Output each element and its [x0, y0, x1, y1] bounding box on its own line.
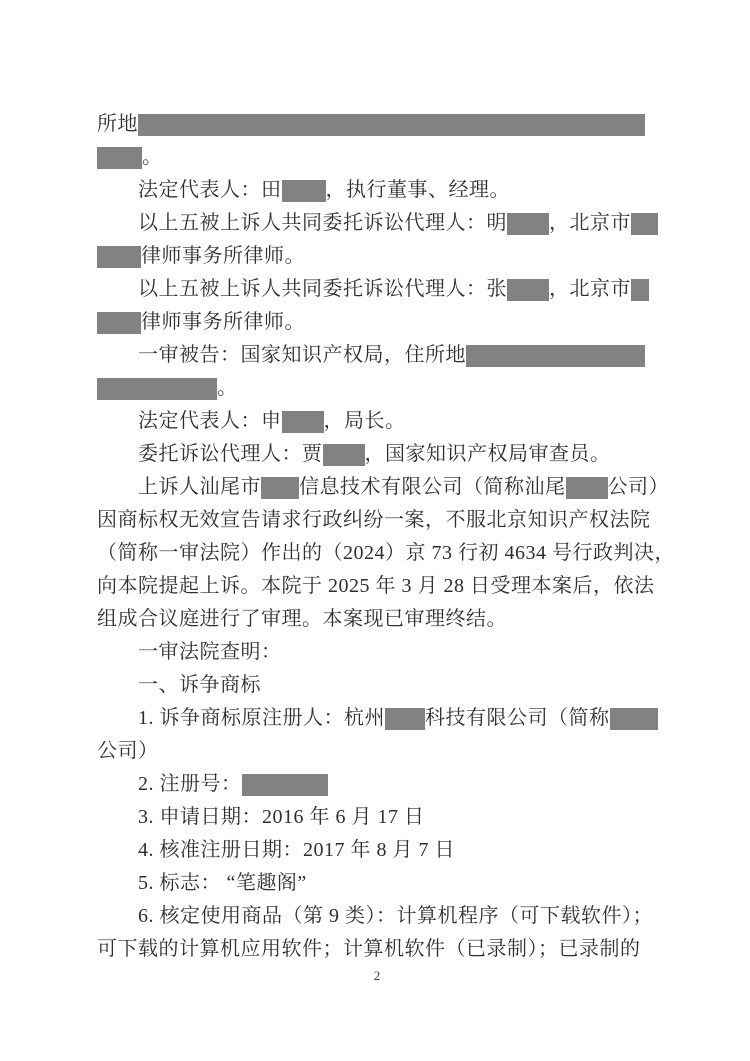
line-text: 一、诉争商标	[138, 669, 261, 702]
line-text: ，北京市	[549, 273, 631, 306]
line-text: 6. 核定使用商品（第 9 类）：计算机程序（可下载软件）；	[138, 900, 653, 933]
redaction-box	[261, 477, 299, 499]
line-text: ，北京市	[549, 207, 631, 240]
text-line: 以上五被上诉人共同委托诉讼代理人：明，北京市	[97, 207, 657, 240]
line-text: 组成合议庭进行了审理。本案现已审理终结。	[97, 603, 507, 636]
text-line: 3. 申请日期：2016 年 6 月 17 日	[97, 801, 657, 834]
line-text: 一审法院查明：	[138, 636, 282, 669]
line-text: 以上五被上诉人共同委托诉讼代理人：明	[138, 207, 507, 240]
page-number: 2	[97, 968, 657, 984]
line-text: 。	[142, 141, 163, 174]
redaction-box	[138, 114, 645, 136]
line-text: 3. 申请日期：2016 年 6 月 17 日	[138, 801, 425, 834]
redaction-box	[610, 708, 658, 730]
line-text: 4. 核准注册日期：2017 年 8 月 7 日	[138, 834, 455, 867]
line-text: 信息技术有限公司（简称汕尾	[299, 471, 566, 504]
redaction-box	[385, 708, 425, 730]
text-line: 律师事务所律师。	[97, 240, 657, 273]
redaction-box	[466, 345, 645, 367]
text-line: 法定代表人：田，执行董事、经理。	[97, 174, 657, 207]
line-text: 公司）	[97, 735, 159, 768]
line-text: 法定代表人：田	[138, 174, 282, 207]
line-text: 2. 注册号：	[138, 768, 242, 801]
redaction-box	[242, 774, 328, 796]
line-text: ，国家知识产权局审查员。	[365, 438, 611, 471]
document-page: 所地。法定代表人：田，执行董事、经理。以上五被上诉人共同委托诉讼代理人：明，北京…	[0, 0, 750, 1061]
redaction-box	[97, 312, 141, 334]
line-text: 公司）	[608, 471, 670, 504]
line-text: （简称一审法院）作出的（2024）京 73 行初 4634 号行政判决，	[97, 537, 675, 570]
line-text: ，执行董事、经理。	[326, 174, 511, 207]
text-line: 因商标权无效宣告请求行政纠纷一案，不服北京知识产权法院	[97, 504, 657, 537]
redaction-box	[631, 279, 649, 301]
text-line: 委托诉讼代理人：贾，国家知识产权局审查员。	[97, 438, 657, 471]
text-line: 1. 诉争商标原注册人：杭州科技有限公司（简称	[97, 702, 657, 735]
text-line: 2. 注册号：	[97, 768, 657, 801]
line-text: 所地	[97, 108, 138, 141]
line-text: ，局长。	[324, 405, 406, 438]
redaction-box	[566, 477, 608, 499]
line-text: 律师事务所律师。	[141, 240, 305, 273]
text-line: （简称一审法院）作出的（2024）京 73 行初 4634 号行政判决，	[97, 537, 657, 570]
line-text: 可下载的计算机应用软件；计算机软件（已录制）；已录制的	[97, 933, 641, 966]
line-text: 科技有限公司（简称	[425, 702, 610, 735]
redaction-box	[97, 378, 217, 400]
text-line: 一、诉争商标	[97, 669, 657, 702]
line-text: 以上五被上诉人共同委托诉讼代理人：张	[138, 273, 507, 306]
redaction-box	[507, 213, 549, 235]
line-text: 上诉人汕尾市	[138, 471, 261, 504]
redaction-box	[97, 246, 141, 268]
text-line: 可下载的计算机应用软件；计算机软件（已录制）；已录制的	[97, 933, 657, 966]
redaction-box	[282, 180, 326, 202]
text-line: 。	[97, 141, 657, 174]
text-line: 公司）	[97, 735, 657, 768]
line-text: 委托诉讼代理人：贾	[138, 438, 323, 471]
line-text: 法定代表人：申	[138, 405, 282, 438]
redaction-box	[507, 279, 549, 301]
line-text: 。	[217, 372, 238, 405]
text-line: 上诉人汕尾市信息技术有限公司（简称汕尾公司）	[97, 471, 657, 504]
redaction-box	[323, 444, 365, 466]
text-line: 向本院提起上诉。本院于 2025 年 3 月 28 日受理本案后，依法	[97, 570, 657, 603]
text-line: 5. 标志： “笔趣阁”	[97, 867, 657, 900]
line-text: 1. 诉争商标原注册人：杭州	[138, 702, 385, 735]
text-line: 以上五被上诉人共同委托诉讼代理人：张，北京市	[97, 273, 657, 306]
line-text: 因商标权无效宣告请求行政纠纷一案，不服北京知识产权法院	[97, 504, 651, 537]
text-line: 法定代表人：申，局长。	[97, 405, 657, 438]
text-line: 4. 核准注册日期：2017 年 8 月 7 日	[97, 834, 657, 867]
text-line: 律师事务所律师。	[97, 306, 657, 339]
redaction-box	[631, 213, 658, 235]
text-line: 6. 核定使用商品（第 9 类）：计算机程序（可下载软件）；	[97, 900, 657, 933]
text-line: 一审法院查明：	[97, 636, 657, 669]
text-line: 组成合议庭进行了审理。本案现已审理终结。	[97, 603, 657, 636]
line-text: 5. 标志： “笔趣阁”	[138, 867, 307, 900]
line-text: 一审被告：国家知识产权局，住所地	[138, 339, 466, 372]
text-line: 所地	[97, 108, 657, 141]
text-line: 。	[97, 372, 657, 405]
document-body: 所地。法定代表人：田，执行董事、经理。以上五被上诉人共同委托诉讼代理人：明，北京…	[97, 108, 657, 966]
redaction-box	[97, 147, 142, 169]
redaction-box	[282, 411, 324, 433]
text-line: 一审被告：国家知识产权局，住所地	[97, 339, 657, 372]
line-text: 律师事务所律师。	[141, 306, 305, 339]
line-text: 向本院提起上诉。本院于 2025 年 3 月 28 日受理本案后，依法	[97, 570, 655, 603]
